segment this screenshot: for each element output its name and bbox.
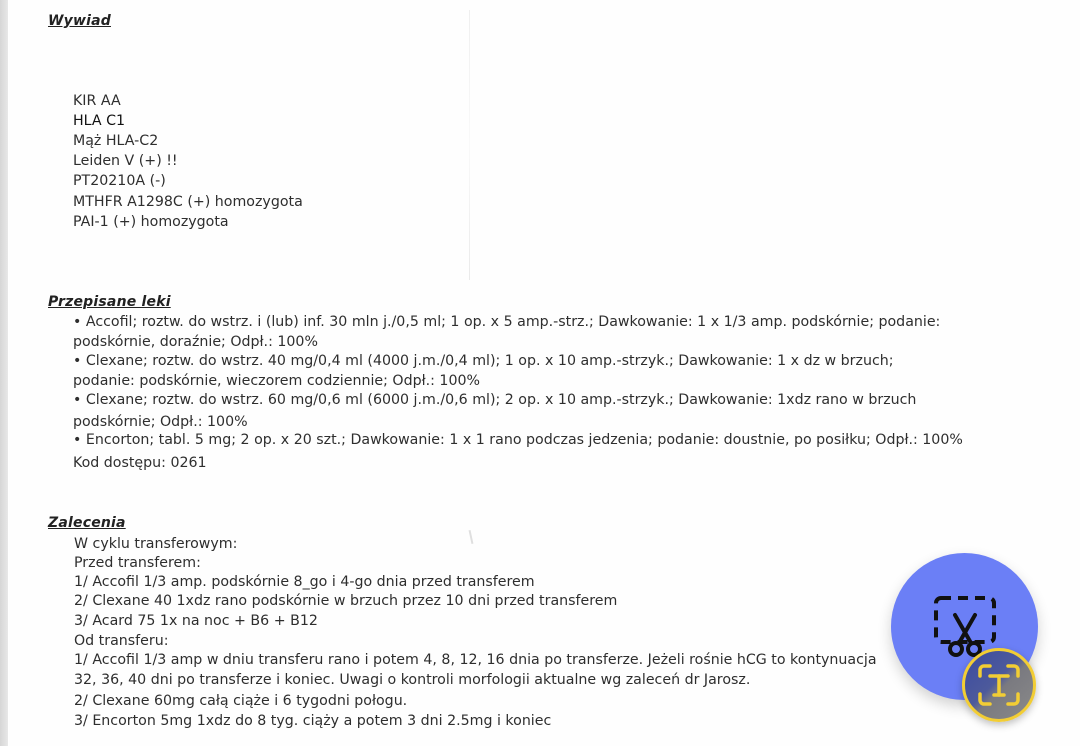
recommendation-line: 3/ Acard 75 1x na noc + B6 + B12 — [74, 611, 318, 631]
section-title-zalecenia: Zalecenia — [48, 515, 126, 531]
wywiad-line: PAI-1 (+) homozygota — [73, 212, 229, 232]
wywiad-line: HLA C1 — [73, 111, 125, 131]
medication-line: podskórnie; Odpł.: 100% — [73, 412, 248, 432]
wywiad-line: Leiden V (+) !! — [73, 151, 178, 171]
medication-line: podanie: podskórnie, wieczorem codzienni… — [73, 371, 480, 391]
recommendation-line: 2/ Clexane 60mg całą ciąże i 6 tygodni p… — [74, 691, 407, 711]
recommendation-line: 2/ Clexane 40 1xdz rano podskórnie w brz… — [74, 591, 617, 611]
medication-line: • Clexane; roztw. do wstrz. 60 mg/0,6 ml… — [73, 390, 916, 410]
recommendation-line: 3/ Encorton 5mg 1xdz do 8 tyg. ciąży a p… — [74, 711, 551, 731]
recommendation-line: 32, 36, 40 dni po transferze i koniec. U… — [74, 670, 750, 690]
wywiad-line: KIR AA — [73, 91, 121, 111]
recommendation-line: Przed transferem: — [74, 553, 201, 573]
recommendation-line: W cyklu transferowym: — [74, 534, 237, 554]
recommendation-line: Od transferu: — [74, 631, 168, 651]
medication-line: podskórnie, doraźnie; Odpł.: 100% — [73, 332, 318, 352]
section-title-wywiad: Wywiad — [48, 13, 111, 29]
medication-line: • Accofil; roztw. do wstrz. i (lub) inf.… — [73, 312, 940, 332]
wywiad-line: PT20210A (-) — [73, 171, 166, 191]
medication-line: • Encorton; tabl. 5 mg; 2 op. x 20 szt.;… — [73, 430, 963, 450]
wywiad-line: MTHFR A1298C (+) homozygota — [73, 192, 303, 212]
wywiad-line: Mąż HLA-C2 — [73, 131, 158, 151]
page-edge-shadow — [0, 0, 8, 746]
recommendation-line: 1/ Accofil 1/3 amp w dniu transferu rano… — [74, 650, 877, 670]
section-title-przepisane-leki: Przepisane leki — [48, 294, 171, 310]
scan-artifact — [469, 10, 470, 280]
recommendation-line: 1/ Accofil 1/3 amp. podskórnie 8_go i 4-… — [74, 572, 535, 592]
access-code: Kod dostępu: 0261 — [73, 453, 207, 473]
text-scan-icon — [976, 662, 1022, 708]
medication-line: • Clexane; roztw. do wstrz. 40 mg/0,4 ml… — [73, 351, 894, 371]
ocr-text-button[interactable] — [962, 648, 1036, 722]
